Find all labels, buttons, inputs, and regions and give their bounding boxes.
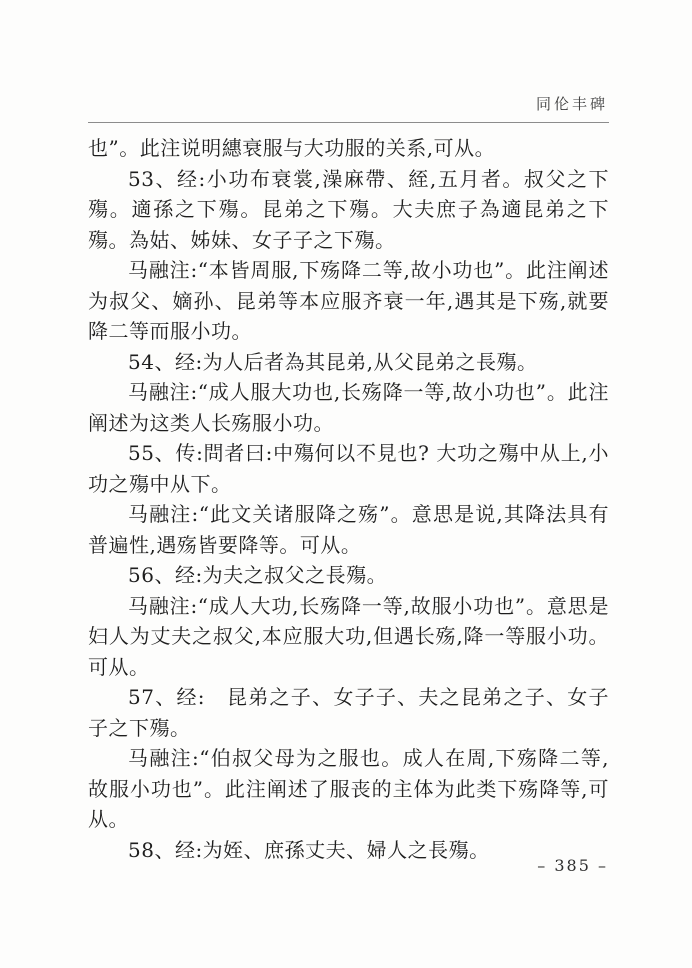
paragraph-jing-57: 57、经: 昆弟之子、女子子、夫之昆弟之子、女子子之下殤。 (88, 682, 609, 743)
paragraph-note-56: 马融注:“成人大功,长殇降一等,故服小功也”。意思是妇人为丈夫之叔父,本应服大功… (88, 591, 609, 683)
header-rule (88, 122, 609, 123)
paragraph-note-54: 马融注:“成人服大功也,长殇降一等,故小功也”。此注阐述为这类人长殇服小功。 (88, 377, 609, 438)
running-title: 同伦丰碑 (88, 93, 608, 114)
page-body: 也”。此注说明繐衰服与大功服的关系,可从。 53、经:小功布衰裳,澡麻帶、絰,五… (88, 133, 609, 865)
paragraph-jing-56: 56、经:为夫之叔父之長殤。 (88, 560, 609, 591)
paragraph-zhuan-55: 55、传:問者曰:中殤何以不見也? 大功之殤中从上,小功之殤中从下。 (88, 438, 609, 499)
paragraph-jing-53: 53、经:小功布衰裳,澡麻帶、絰,五月者。叔父之下殤。適孫之下殤。昆弟之下殤。大… (88, 164, 609, 256)
paragraph-jing-54: 54、经:为人后者為其昆弟,从父昆弟之長殤。 (88, 347, 609, 378)
page-number: – 385 – (88, 856, 608, 875)
paragraph-note-55: 马融注:“此文关诸服降之殇”。意思是说,其降法具有普遍性,遇殇皆要降等。可从。 (88, 499, 609, 560)
paragraph-note-57: 马融注:“伯叔父母为之服也。成人在周,下殇降二等,故服小功也”。此注阐述了服丧的… (88, 743, 609, 835)
paragraph-continuation: 也”。此注说明繐衰服与大功服的关系,可从。 (88, 133, 609, 164)
book-page: 同伦丰碑 也”。此注说明繐衰服与大功服的关系,可从。 53、经:小功布衰裳,澡麻… (0, 0, 692, 968)
paragraph-note-53: 马融注:“本皆周服,下殇降二等,故小功也”。此注阐述为叔父、嫡孙、昆弟等本应服齐… (88, 255, 609, 347)
